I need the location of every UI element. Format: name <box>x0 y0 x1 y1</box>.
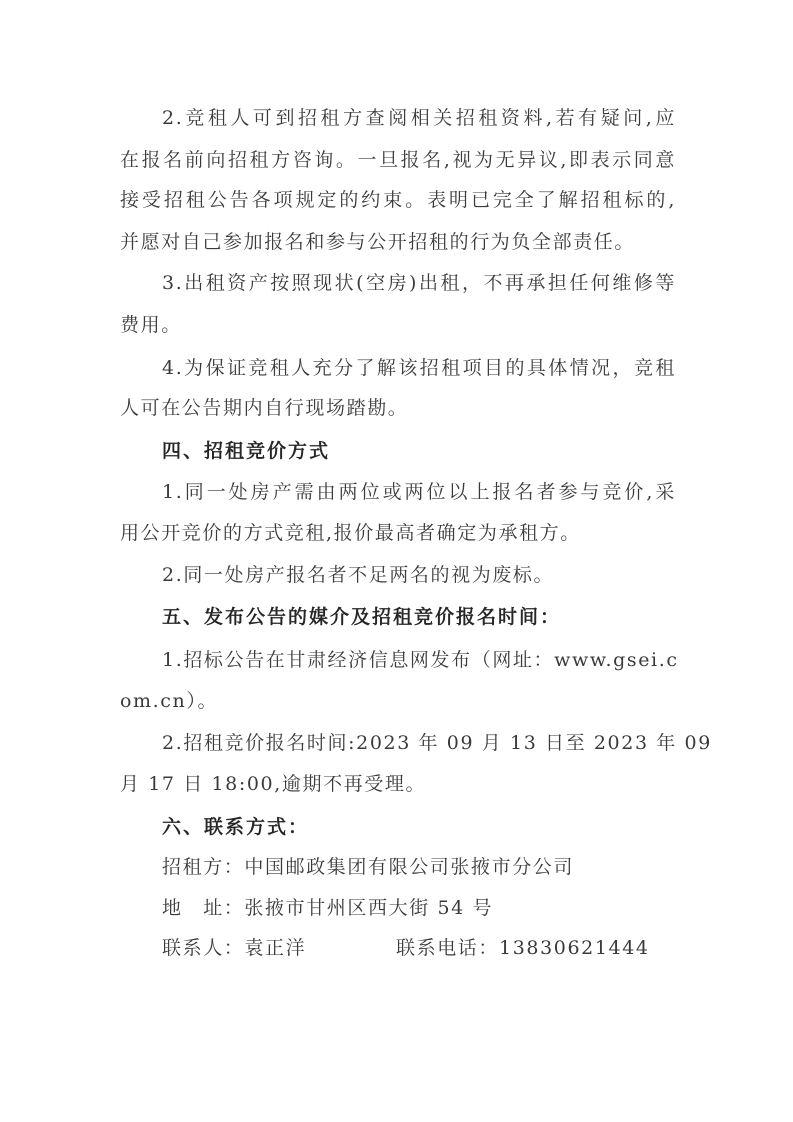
address-line: 地 址：张掖市甘州区西大街 54 号 <box>162 893 676 923</box>
paragraph-line: 人可在公告期内自行现场踏勘。 <box>120 393 676 423</box>
paragraph-line: 1.同一处房产需由两位或两位以上报名者参与竞价,采 <box>162 477 676 507</box>
paragraph-line: om.cn）。 <box>120 686 676 716</box>
paragraph-line: 2.竞租人可到招租方查阅相关招租资料,若有疑问,应 <box>162 103 676 133</box>
paragraph-line: 接受招租公告各项规定的约束。表明已完全了解招租标的, <box>120 185 676 215</box>
lessor-line: 招租方：中国邮政集团有限公司张掖市分公司 <box>162 852 676 882</box>
paragraph-line: 1.招标公告在甘肃经济信息网发布（网址：www.gsei.c <box>162 645 676 675</box>
document-page: 2.竞租人可到招租方查阅相关招租资料,若有疑问,应 在报名前向招租方咨询。一旦报… <box>0 0 793 1122</box>
paragraph-line: 2.招租竞价报名时间:2023 年 09 月 13 日至 2023 年 09 <box>162 728 676 758</box>
paragraph-line: 4.为保证竞租人充分了解该招租项目的具体情况，竞租 <box>162 353 676 383</box>
paragraph-line: 在报名前向招租方咨询。一旦报名,视为无异议,即表示同意 <box>120 145 676 175</box>
section-heading: 五、发布公告的媒介及招租竞价报名时间： <box>162 602 676 632</box>
paragraph-line: 2.同一处房产报名者不足两名的视为废标。 <box>162 560 676 590</box>
paragraph-line: 费用。 <box>120 310 676 340</box>
paragraph-line: 用公开竞价的方式竞租,报价最高者确定为承租方。 <box>120 518 676 548</box>
section-heading: 四、招租竞价方式 <box>162 436 676 466</box>
contact-person: 联系人：袁正洋 <box>162 933 382 963</box>
paragraph-line: 并愿对自己参加报名和参与公开招租的行为负全部责任。 <box>120 227 676 257</box>
section-heading: 六、联系方式： <box>162 812 676 842</box>
contact-phone: 联系电话：13830621444 <box>396 933 650 963</box>
paragraph-line: 月 17 日 18:00,逾期不再受理。 <box>120 769 676 799</box>
paragraph-line: 3.出租资产按照现状(空房)出租，不再承担任何维修等 <box>162 268 676 298</box>
